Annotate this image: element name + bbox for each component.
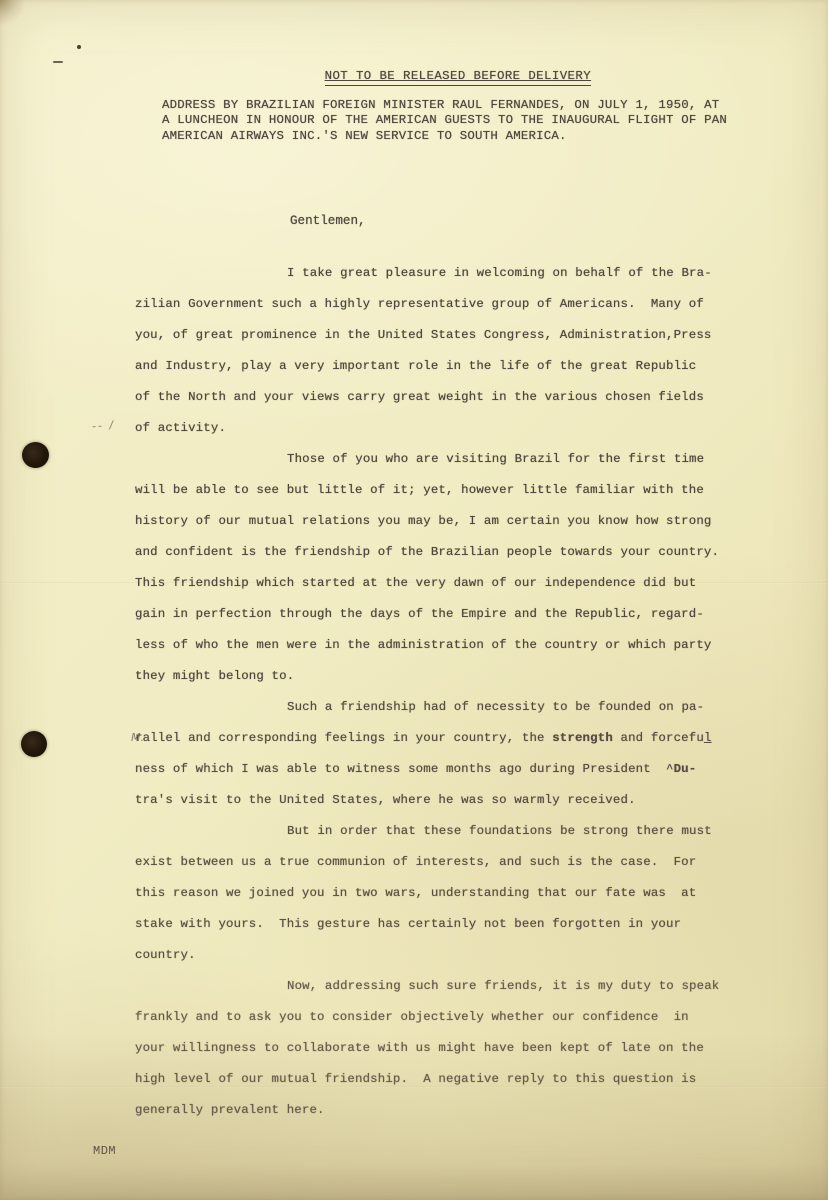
typed-line: gain in perfection through the days of t… [135,599,715,630]
salutation: Gentlemen, [290,214,366,228]
typed-line: exist between us a true communion of int… [135,847,715,878]
typed-line: country. [135,940,715,971]
corner-tear [0,0,26,26]
hole-punch [22,442,49,468]
typed-line: of the North and your views carry great … [135,382,715,413]
hole-punch [21,731,47,757]
typed-line: This friendship which started at the ver… [135,568,715,599]
typed-line: ness of which I was able to witness some… [135,754,715,785]
typed-line: rallel and corresponding feelings in you… [135,723,715,754]
typed-line: Such a friendship had of necessity to be… [135,692,715,723]
typed-line: they might belong to. [135,661,715,692]
scanned-document-page: { "document": { "classification_header":… [0,0,828,1200]
typed-line: Now, addressing such sure friends, it is… [135,971,715,1002]
speech-body: I take great pleasure in welcoming on be… [135,258,715,1126]
typed-line: high level of our mutual friendship. A n… [135,1064,715,1095]
typed-line: will be able to see but little of it; ye… [135,475,715,506]
typed-line: But in order that these foundations be s… [135,816,715,847]
typed-line: Those of you who are visiting Brazil for… [135,444,715,475]
intro-line: ADDRESS BY BRAZILIAN FOREIGN MINISTER RA… [162,98,722,113]
classification-header-text: NOT TO BE RELEASED BEFORE DELIVERY [325,69,591,86]
typed-line: I take great pleasure in welcoming on be… [135,258,715,289]
ink-speck [53,61,63,63]
typed-line: this reason we joined you in two wars, u… [135,878,715,909]
typed-line: you, of great prominence in the United S… [135,320,715,351]
intro-line: AMERICAN AIRWAYS INC.'S NEW SERVICE TO S… [162,129,722,144]
pencil-mark: M. [131,731,144,744]
ink-speck [77,45,81,49]
classification-header: NOT TO BE RELEASED BEFORE DELIVERY [160,55,740,86]
typed-line: of activity. [135,413,715,444]
intro-line: A LUNCHEON IN HONOUR OF THE AMERICAN GUE… [162,113,722,128]
typed-line: and confident is the friendship of the B… [135,537,715,568]
typed-line: stake with yours. This gesture has certa… [135,909,715,940]
typed-line: generally prevalent here. [135,1095,715,1126]
typed-line: less of who the men were in the administ… [135,630,715,661]
typist-initials: MDM [93,1144,116,1158]
pencil-mark: -- / [92,418,116,433]
typed-line: and Industry, play a very important role… [135,351,715,382]
typed-line: frankly and to ask you to consider objec… [135,1002,715,1033]
address-intro: ADDRESS BY BRAZILIAN FOREIGN MINISTER RA… [162,98,722,144]
typed-line: your willingness to collaborate with us … [135,1033,715,1064]
typed-line: zilian Government such a highly represen… [135,289,715,320]
typed-line: tra's visit to the United States, where … [135,785,715,816]
typed-line: history of our mutual relations you may … [135,506,715,537]
